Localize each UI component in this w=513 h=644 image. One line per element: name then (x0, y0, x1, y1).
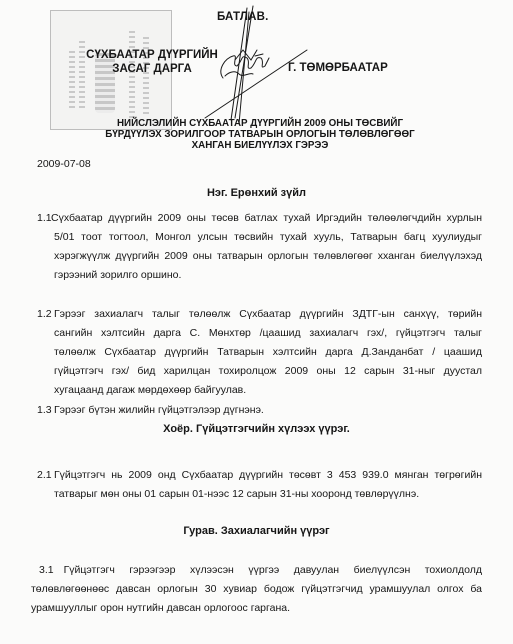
clause-number: 2.1 (37, 466, 52, 485)
document-title-line3: ХАНГАН БИЕЛҮҮЛЭХ ГЭРЭЭ (100, 140, 420, 151)
clause-3-1: 3.1Гүйцэтгэгч гэрээгээр хүлээсэн үүргээ … (31, 561, 482, 618)
clause-1-3: 1.3 Гэрээг бүтэн жилийн гүйцэтгэлээр дүг… (54, 401, 482, 420)
document-title: НИЙСЛЭЛИЙН СҮХБААТАР ДҮҮРГИЙН 2009 ОНЫ Т… (100, 118, 420, 151)
clause-line: Гэрээг бүтэн жилийн гүйцэтгэлээр дүгнэнэ… (54, 401, 482, 420)
clause-line: хугацаанд дагаж мөрдөхөөр байгуулав. (54, 381, 482, 400)
clause-line: 5/01 тоот тогтоол, Монгол улсын төсвийн … (54, 228, 482, 247)
clause-text: Гүйцэтгэгч гэрээгээр хүлээсэн үүргээ дав… (64, 564, 482, 576)
clause-line: Гэрээг захиалагч талыг төлөөлж Сүхбаатар… (54, 305, 482, 324)
section-heading-contractor-duties: Хоёр. Гүйцэтгэгчийн хүлээх үүрэг. (0, 423, 513, 435)
clause-line: 3.1Гүйцэтгэгч гэрээгээр хүлээсэн үүргээ … (31, 561, 482, 580)
clause-number: 1.1 (37, 209, 52, 228)
clause-2-1: 2.1 Гүйцэтгэгч нь 2009 онд Сүхбаатар дүү… (54, 466, 482, 504)
clause-number: 1.3 (37, 401, 52, 420)
clause-line: гэрээний зорилго оршино. (54, 266, 482, 285)
document-page: БАТЛАВ. СҮХБААТАР ДҮҮРГИЙН ЗАСАГ ДАРГА Г… (0, 0, 513, 644)
clause-line: төлөвлөгөөнөөс давсан орлогын 30 хувиар … (31, 580, 482, 599)
clause-number: 3.1 (39, 564, 54, 576)
clause-line: хэрэгжүүлж дүүргийн 2009 оны татварын ор… (54, 247, 482, 266)
clause-line: Гүйцэтгэгч нь 2009 онд Сүхбаатар дүүргий… (54, 466, 482, 485)
clause-1-1: 1.1 Сүхбаатар дүүргийн 2009 оны төсөв ба… (54, 209, 482, 285)
clause-1-2: 1.2 Гэрээг захиалагч талыг төлөөлж Сүхба… (54, 305, 482, 400)
mongol-script-icon (69, 51, 75, 111)
section-heading-client-duties: Гурав. Захиалагчийн үүрэг (0, 525, 513, 537)
clause-line: татварыг мөн оны 01 сарын 01-нээс 12 сар… (54, 485, 482, 504)
section-heading-general: Нэг. Ерөнхий зүйл (0, 187, 513, 199)
document-title-line1: НИЙСЛЭЛИЙН СҮХБААТАР ДҮҮРГИЙН 2009 ОНЫ Т… (100, 118, 420, 129)
clause-line: төлөөлж Сүхбаатар дүүргийн Татварын хэлт… (54, 343, 482, 362)
document-date: 2009-07-08 (37, 158, 91, 170)
clause-line: урамшууллыг орон нутгийн давсан орлогоос… (31, 599, 482, 618)
mongol-script-icon (129, 31, 135, 121)
handwritten-signature-icon (195, 0, 315, 130)
clause-number: 1.2 (37, 305, 52, 324)
clause-line: гүйцэтгэгч гэх/ бид харилцан тохиролцож … (54, 362, 482, 381)
document-title-line2: БҮРДҮҮЛЭХ ЗОРИЛГООР ТАТВАРЫН ОРЛОГЫН ТӨЛ… (100, 129, 420, 140)
clause-line: Сүхбаатар дүүргийн 2009 оны төсөв батлах… (51, 209, 482, 228)
clause-line: сангийн хэлтсийн дарга С. Мөнхтөр /цааши… (54, 324, 482, 343)
